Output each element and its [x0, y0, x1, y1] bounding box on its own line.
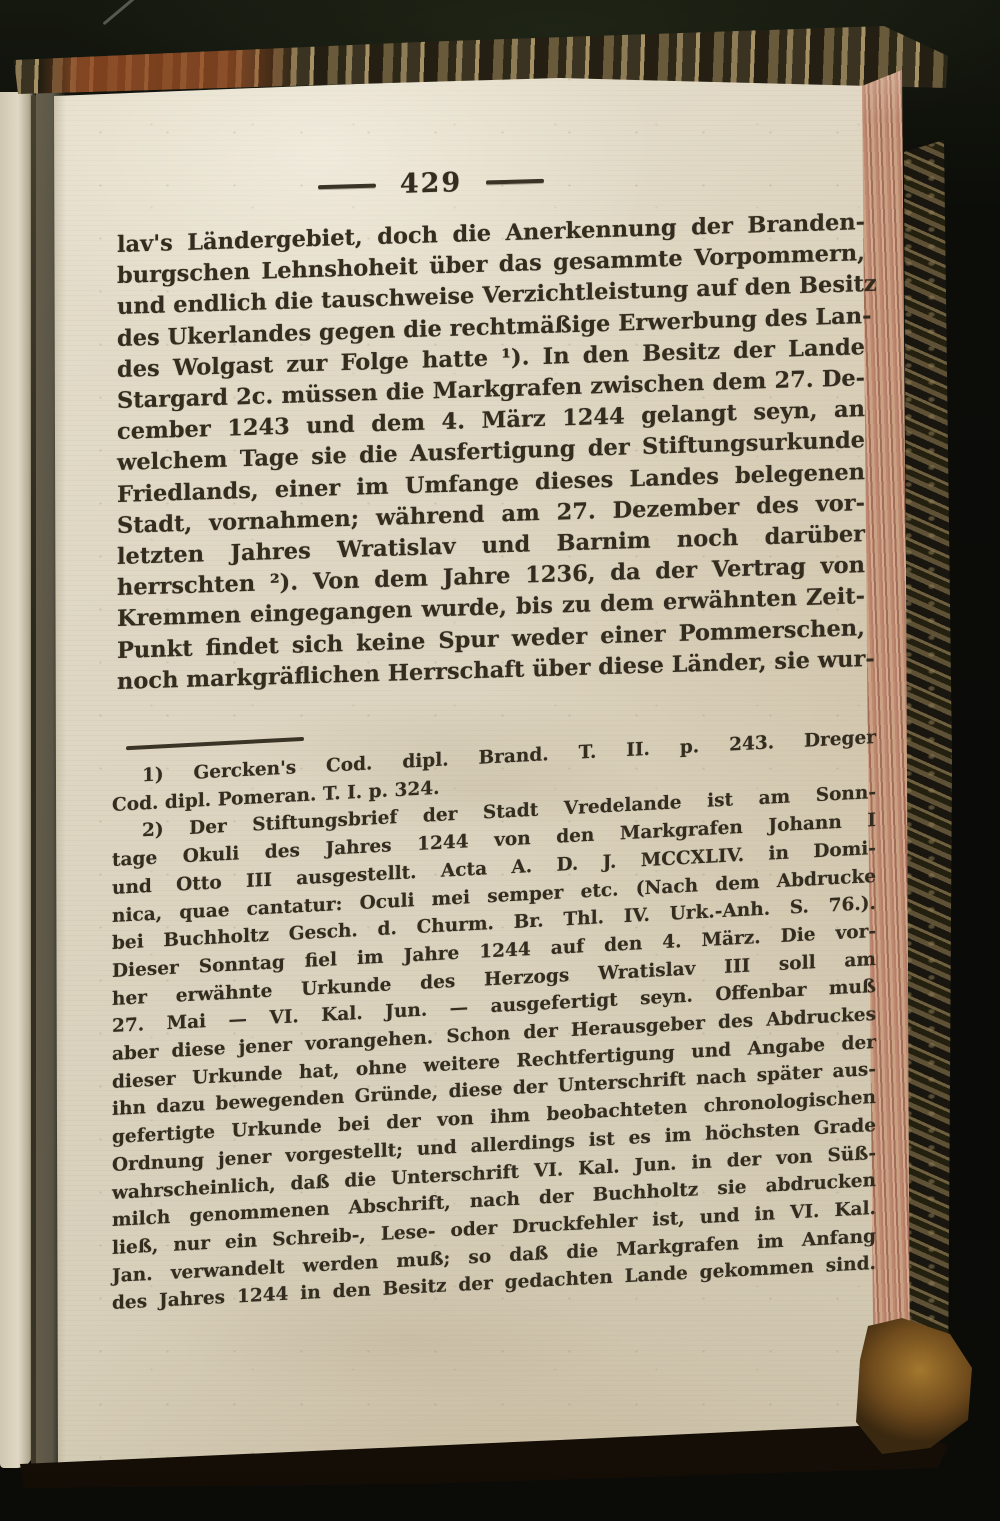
- page-header: 429: [288, 164, 574, 203]
- book-scan: 429 lav's Ländergebiet, doch die Anerken…: [0, 0, 1000, 1521]
- footnote-separator-rule: [126, 737, 304, 750]
- header-rule-left: [318, 183, 376, 189]
- header-rule-right: [486, 178, 544, 184]
- printed-content: 429 lav's Ländergebiet, doch die Anerken…: [0, 0, 1000, 1521]
- body-text: lav's Ländergebiet, doch die Anerkennung…: [117, 207, 865, 698]
- page-number: 429: [400, 167, 462, 200]
- footnotes: 1) Gercken's Cod. dipl. Brand. T. II. p.…: [112, 704, 876, 1318]
